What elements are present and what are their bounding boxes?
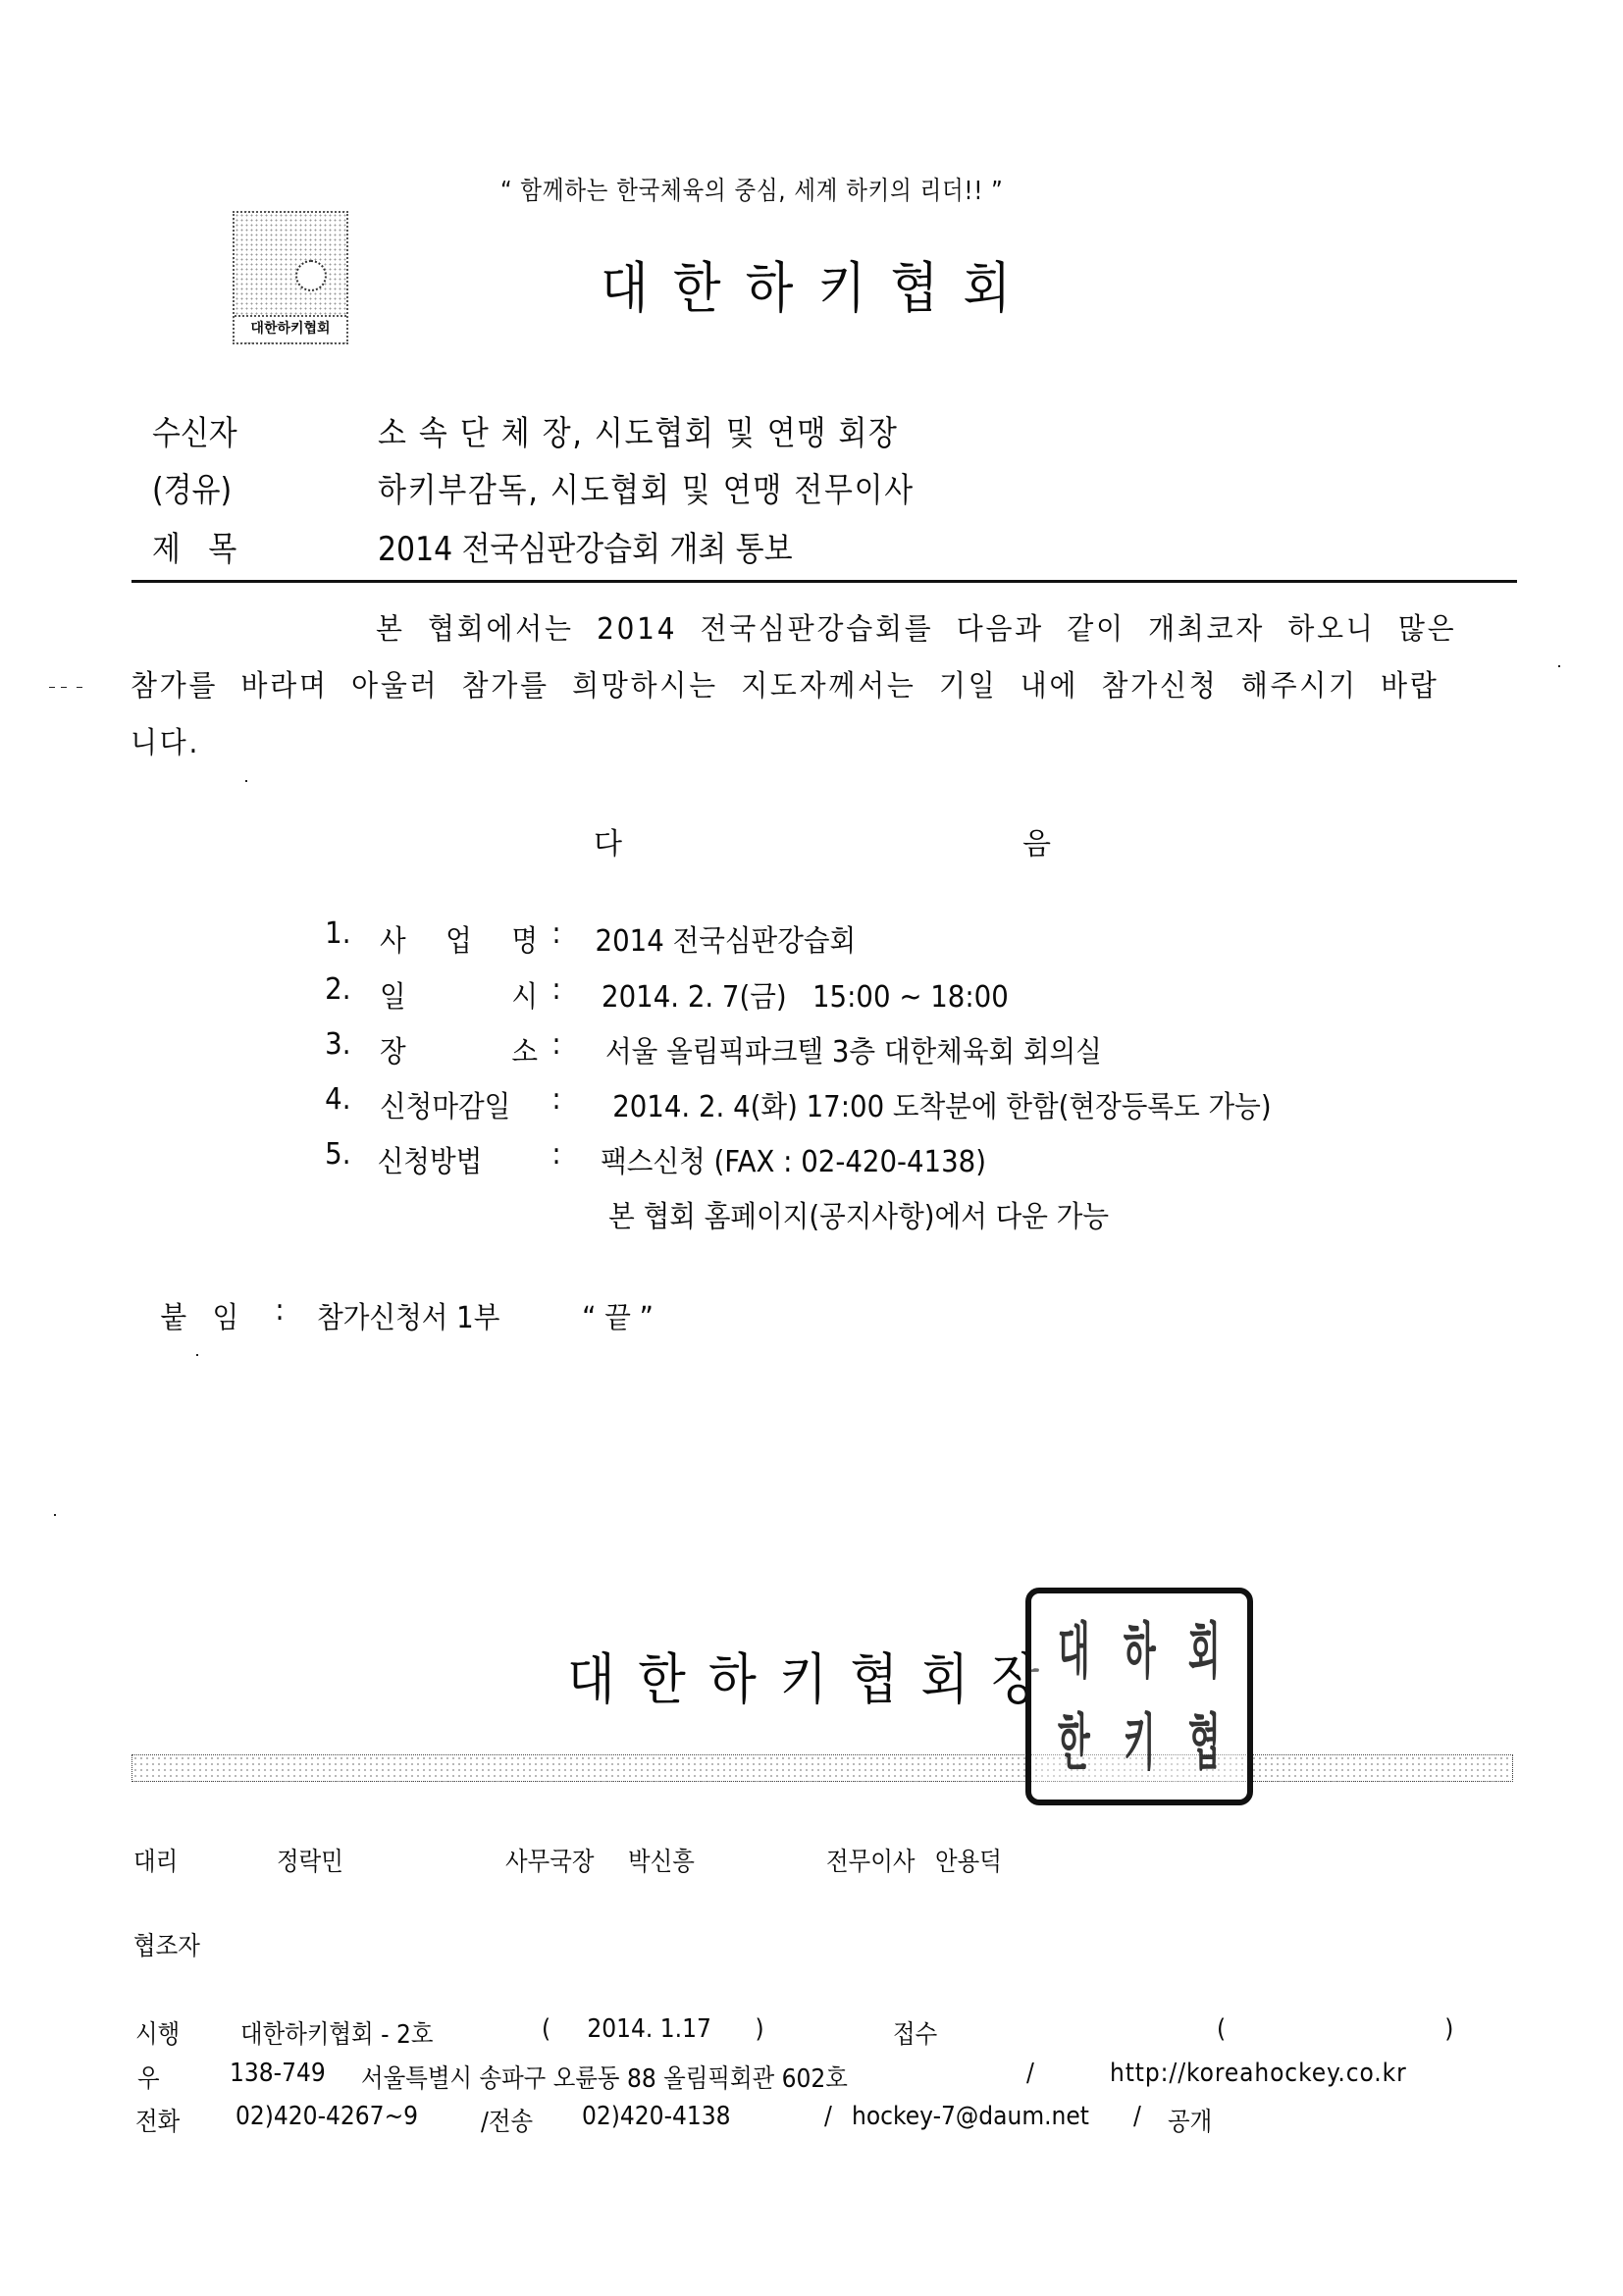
item-label-char: 소 xyxy=(511,1027,538,1070)
via-value: 하키부감독, 시도협회 및 연맹 전무이사 xyxy=(378,463,915,511)
recipient-label: 수신자 xyxy=(152,406,237,454)
postal-label: 우 xyxy=(137,2059,160,2095)
item-label-char: 시 xyxy=(511,972,538,1016)
seal-char: 회 xyxy=(1186,1605,1223,1696)
seal-char: 협 xyxy=(1186,1696,1223,1788)
attachment-colon: : xyxy=(275,1293,284,1328)
scan-artifact xyxy=(61,687,67,688)
signature-band xyxy=(131,1754,1513,1782)
phone-number: 02)420-4267~9 xyxy=(236,2102,418,2131)
receipt-value: ( ) xyxy=(1217,2014,1453,2044)
item-colon: : xyxy=(551,1137,560,1172)
website-link[interactable]: http://koreahockey.co.kr xyxy=(1110,2059,1407,2088)
via-label: (경유) xyxy=(152,463,232,511)
slogan: “ 함께하는 한국체육의 중심, 세계 하키의 리더!! ” xyxy=(500,171,1004,207)
item-label: 일 시 xyxy=(380,972,538,1016)
fax-number: 02)420-4138 xyxy=(582,2102,731,2131)
official-seal-stamp: 대 하 회 한 키 협 xyxy=(1025,1588,1253,1805)
organization-title: 대한하키협회 xyxy=(601,245,1035,324)
logo-emblem-icon xyxy=(295,260,327,291)
item-label: 장 소 xyxy=(380,1027,538,1070)
item-label-char: 명 xyxy=(511,916,538,960)
subject-value: 2014 전국심판강습회 개최 통보 xyxy=(378,522,793,570)
item-label: 사 업 명 xyxy=(380,916,538,960)
item-number: 4. xyxy=(325,1082,350,1117)
item-label: 신청마감일 xyxy=(380,1082,538,1125)
item-number: 5. xyxy=(325,1137,350,1172)
approval-role: 대리 xyxy=(133,1842,178,1878)
approval-role: 사무국장 xyxy=(505,1842,594,1878)
approval-name: 정락민 xyxy=(277,1842,343,1878)
item-number: 2. xyxy=(325,972,350,1007)
body-line: 참가를 바라며 아울러 참가를 희망하시는 지도자께서는 기일 내에 참가신청 … xyxy=(131,661,1440,704)
association-logo: 대한하키협회 xyxy=(233,211,348,344)
cooperator-label: 협조자 xyxy=(133,1926,200,1962)
logo-label: 대한하키협회 xyxy=(235,315,346,342)
item-colon: : xyxy=(551,1027,560,1062)
item-value: 서울 올림픽파크텔 3층 대한체육회 회의실 xyxy=(605,1027,1102,1070)
issuer-signature: 대한하키협회장 xyxy=(567,1637,1063,1715)
item-value-continuation: 본 협회 홈페이지(공지사항)에서 다운 가능 xyxy=(608,1192,1109,1235)
scan-artifact xyxy=(77,687,82,688)
item-label-char: 일 xyxy=(380,972,406,1016)
subject-label: 제 목 xyxy=(152,522,236,570)
postal-code: 138-749 xyxy=(230,2059,326,2088)
scan-artifact xyxy=(49,687,55,688)
email-link[interactable]: hockey-7@daum.net xyxy=(852,2102,1089,2131)
enforce-label: 시행 xyxy=(135,2014,180,2051)
document-number: 대한하키협회 - 2호 xyxy=(240,2014,433,2051)
item-number: 3. xyxy=(325,1027,350,1062)
item-label-char: 장 xyxy=(380,1027,406,1070)
item-number: 1. xyxy=(325,916,350,951)
enforce-date: ( 2014. 1.17 ) xyxy=(542,2014,764,2044)
separator: / xyxy=(1133,2102,1141,2131)
header-divider xyxy=(131,580,1517,583)
item-label-char: 신청마감일 xyxy=(380,1082,510,1125)
item-colon: : xyxy=(551,1082,560,1117)
receipt-label: 접수 xyxy=(893,2014,937,2051)
seal-char: 대 xyxy=(1056,1605,1092,1696)
approval-name: 안용덕 xyxy=(935,1842,1002,1878)
separator: / xyxy=(1026,2059,1034,2088)
seal-char: 키 xyxy=(1122,1696,1158,1788)
recipient-value: 소 속 단 체 장, 시도협회 및 연맹 회장 xyxy=(378,406,899,454)
item-colon: : xyxy=(551,916,560,951)
notice-heading-right: 음 xyxy=(1022,819,1051,862)
approval-name: 박신흥 xyxy=(628,1842,695,1878)
scan-artifact xyxy=(54,1514,56,1516)
notice-heading-left: 다 xyxy=(594,819,622,862)
disclosure-status: 공개 xyxy=(1168,2102,1212,2138)
body-line: 본 협회에서는 2014 전국심판강습회를 다음과 같이 개최코자 하오니 많은 xyxy=(376,604,1456,648)
item-label-char: 사 xyxy=(380,916,406,960)
seal-characters: 대 하 회 한 키 협 xyxy=(1041,1605,1237,1788)
seal-char: 하 xyxy=(1122,1605,1158,1696)
item-value: 팩스신청 (FAX : 02-420-4138) xyxy=(601,1137,986,1180)
attachment-value: 참가신청서 1부 xyxy=(317,1293,499,1336)
body-line: 니다. xyxy=(131,718,200,761)
fax-label: /전송 xyxy=(481,2102,533,2138)
phone-label: 전화 xyxy=(135,2102,180,2138)
separator: / xyxy=(824,2102,832,2131)
item-colon: : xyxy=(551,972,560,1007)
scan-artifact xyxy=(1558,665,1560,667)
seal-char: 한 xyxy=(1056,1696,1092,1788)
attachment-label: 붙 임 xyxy=(160,1293,238,1336)
item-label: 신청방법 xyxy=(378,1137,483,1180)
address: 서울특별시 송파구 오륜동 88 올림픽회관 602호 xyxy=(361,2059,848,2095)
item-value: 2014. 2. 4(화) 17:00 도착분에 한함(현장등록도 가능) xyxy=(612,1082,1271,1125)
scan-artifact xyxy=(245,780,247,782)
end-mark: “ 끝 ” xyxy=(582,1293,654,1336)
approval-role: 전무이사 xyxy=(826,1842,915,1878)
item-value: 2014 전국심판강습회 xyxy=(596,916,857,960)
scan-artifact xyxy=(196,1354,198,1356)
item-value: 2014. 2. 7(금) 15:00 ~ 18:00 xyxy=(602,972,1009,1016)
item-label-char: 업 xyxy=(445,916,472,960)
